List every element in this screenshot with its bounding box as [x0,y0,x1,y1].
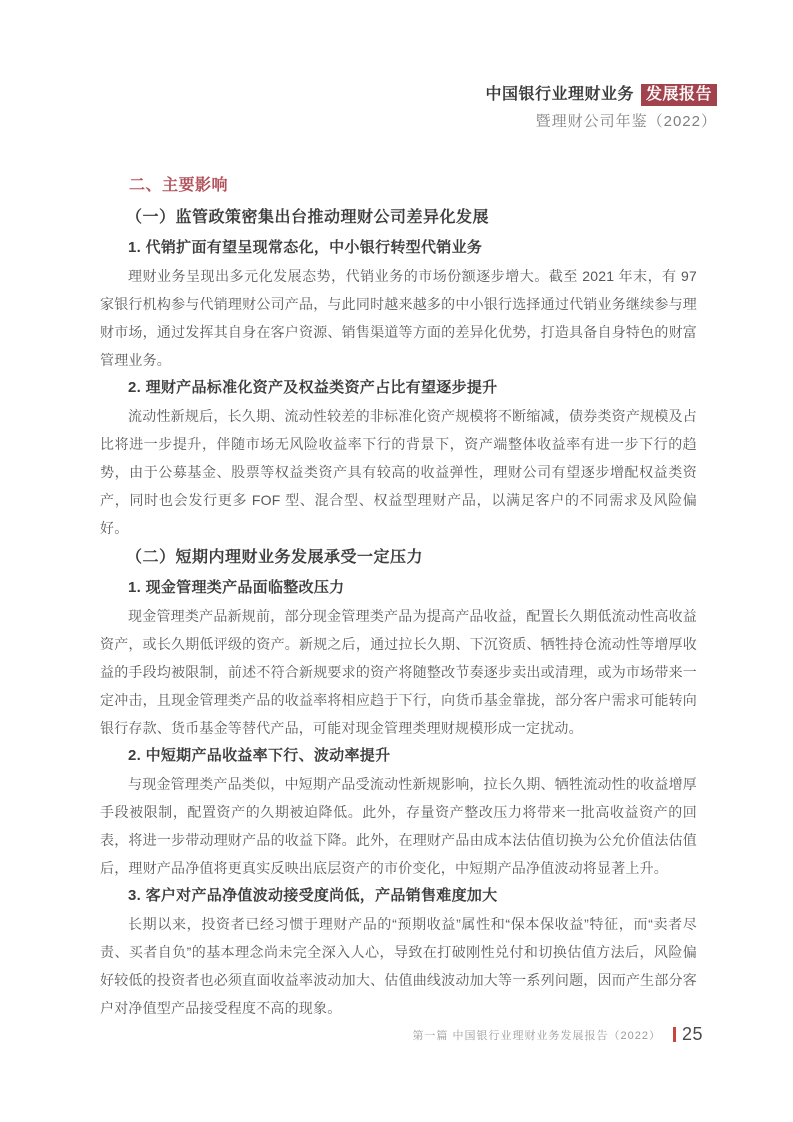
heading-section-2-sub-2: 2. 中短期产品收益率下行、波动率提升 [100,742,697,770]
heading-section-2-sub-1: 1. 现金管理类产品面临整改压力 [100,574,697,602]
paragraph-section-2-sub-3: 长期以来，投资者已经习惯于理财产品的“预期收益”属性和“保本保收益”特征，而“卖… [100,910,697,1022]
footer-chapter-text: 第一篇 中国银行业理财业务发展报告（2022） [412,1027,661,1043]
footer-divider-bar [673,1027,676,1042]
heading-section-2: （二）短期内理财业务发展承受一定压力 [100,542,697,574]
report-title-line: 中国银行业理财业务发展报告 [485,84,717,106]
report-title-badge: 发展报告 [641,84,717,106]
heading-section-1: （一）监管政策密集出台推动理财公司差异化发展 [100,202,697,234]
heading-section-2-sub-3: 3. 客户对产品净值波动接受度尚低，产品销售难度加大 [100,882,697,910]
paragraph-section-1-sub-2: 流动性新规后，长久期、流动性较差的非标准化资产规模将不断缩减，债券类资产规模及占… [100,402,697,542]
page-footer: 第一篇 中国银行业理财业务发展报告（2022） 25 [412,1024,703,1045]
page-number: 25 [682,1024,703,1045]
document-page: 中国银行业理财业务发展报告 暨理财公司年鉴（2022） 二、主要影响 （一）监管… [0,0,793,1122]
report-subtitle: 暨理财公司年鉴（2022） [485,112,717,132]
report-title: 中国银行业理财业务 [485,86,634,103]
paragraph-section-2-sub-1: 现金管理类产品新规前，部分现金管理类产品为提高产品收益，配置长久期低流动性高收益… [100,602,697,742]
page-header: 中国银行业理财业务发展报告 暨理财公司年鉴（2022） [485,84,717,132]
paragraph-section-1-sub-1: 理财业务呈现出多元化发展态势，代销业务的市场份额逐步增大。截至 2021 年末，… [100,262,697,374]
heading-section-1-sub-2: 2. 理财产品标准化资产及权益类资产占比有望逐步提升 [100,374,697,402]
heading-section-1-sub-1: 1. 代销扩面有望呈现常态化，中小银行转型代销业务 [100,234,697,262]
paragraph-section-2-sub-2: 与现金管理类产品类似，中短期产品受流动性新规影响，拉长久期、牺牲流动性的收益增厚… [100,770,697,882]
document-body: 二、主要影响 （一）监管政策密集出台推动理财公司差异化发展 1. 代销扩面有望呈… [100,170,697,1022]
section-title-main-impacts: 二、主要影响 [100,170,697,202]
